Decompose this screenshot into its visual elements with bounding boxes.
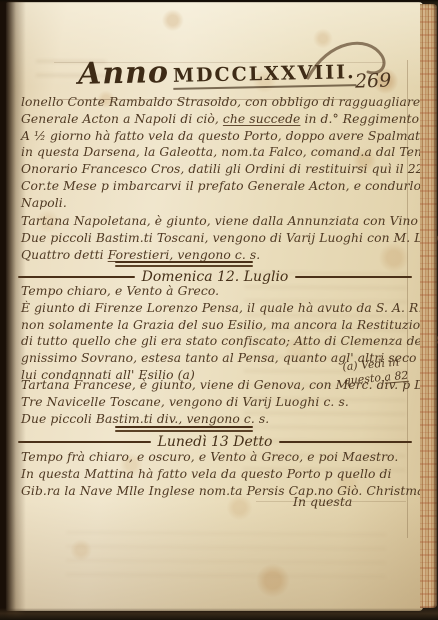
manuscript-text-line: Cor.te Mese p imbarcarvi il prefato Gene…	[21, 178, 415, 195]
journal-entry-arrivals: Tartana Napoletana, è giunto, viene dall…	[21, 213, 415, 263]
journal-entry-arrivals: Tartana Francese, è giunto, viene di Gen…	[21, 377, 415, 427]
folio-number: 269	[355, 69, 392, 92]
header-rule-right	[295, 276, 412, 277]
journal-entry-lunedi: Tempo frà chiaro, e oscuro, e Vento à Gr…	[21, 449, 415, 499]
manuscript-text-line: Due piccoli Bastim.ti div., vengono c. s…	[21, 411, 415, 428]
book-photo: AnnoMDCCLXXVIII. 269 lonello Conte Ramba…	[0, 0, 438, 620]
header-rule-right	[279, 441, 412, 442]
manuscript-text-line: È giunto di Firenze Lorenzo Pensa, il qu…	[21, 300, 415, 317]
section-divider	[115, 426, 253, 432]
manuscript-text-line: non solamente la Grazia del suo Esilio, …	[21, 317, 415, 334]
manuscript-text-line: Tempo chiaro, e Vento à Greco.	[21, 283, 415, 300]
manuscript-text-line: Tartana Francese, è giunto, viene di Gen…	[21, 377, 415, 394]
book-fore-edge	[420, 4, 437, 608]
manuscript-text-line: Gib.ra la Nave Mlle Inglese nom.ta Persi…	[21, 483, 415, 500]
header-rule-left	[18, 441, 151, 442]
header-rule-left	[18, 276, 135, 277]
day-header-lunedi-13-detto: Lunedì 13 Detto	[18, 434, 412, 450]
section-divider	[115, 261, 253, 267]
manuscript-text-line: di tutto quello che gli era stato confis…	[21, 333, 415, 350]
book-bottom-edge	[0, 608, 438, 620]
manuscript-text-line: Due piccoli Bastim.ti Toscani, vengono d…	[21, 230, 415, 247]
manuscript-text-line: Tartana Napoletana, è giunto, viene dall…	[21, 213, 415, 230]
manuscript-text-line: Onorario Francesco Cros, datili gli Ordi…	[21, 161, 415, 178]
manuscript-text-line: Generale Acton a Napoli di ciò, che succ…	[21, 111, 415, 128]
manuscript-text-line: Tempo frà chiaro, e oscuro, e Vento à Gr…	[21, 449, 415, 466]
day-header-label: Lunedì 13 Detto	[158, 434, 273, 450]
photo-top-edge	[0, 0, 438, 3]
manuscript-text-line: in questa Darsena, la Galeotta, nom.ta F…	[21, 144, 415, 161]
ink-bleed-through	[66, 523, 386, 589]
journal-entry-continuation: lonello Conte Rambaldo Strasoldo, con ob…	[21, 94, 415, 212]
margin-note-marker: (a)	[342, 359, 358, 373]
manuscript-text-line: A ½ giorno hà fatto vela da questo Porto…	[21, 128, 415, 145]
manuscript-text-line: lonello Conte Rambaldo Strasoldo, con ob…	[21, 94, 415, 111]
manuscript-text-line: Napoli.	[21, 195, 415, 212]
manuscript-text-line: In questa Mattina hà fatto vela da quest…	[21, 466, 415, 483]
manuscript-page: AnnoMDCCLXXVIII. 269 lonello Conte Ramba…	[6, 2, 423, 611]
catchword: In questa	[293, 494, 352, 509]
manuscript-text-line: Tre Navicelle Toscane, vengono di Varij …	[21, 394, 415, 411]
year-header-anno: Anno	[78, 55, 170, 92]
book-gutter-shadow	[0, 0, 26, 620]
